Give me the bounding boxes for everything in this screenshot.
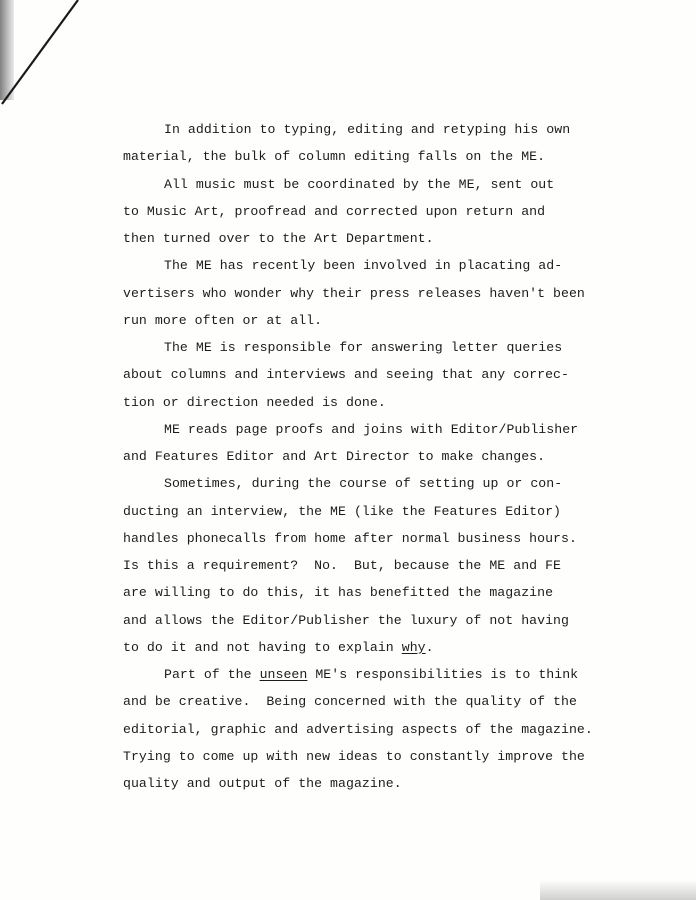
paragraph-line: Is this a requirement? No. But, because … [123, 558, 561, 573]
underlined-word: why [402, 640, 426, 655]
paragraph-first-line: ME reads page proofs and joins with Edit… [164, 422, 578, 437]
paragraph-first-line: Part of the unseen ME's responsibilities… [164, 667, 578, 682]
paragraph-line: tion or direction needed is done. [123, 395, 386, 410]
paragraph-line: vertisers who wonder why their press rel… [123, 286, 585, 301]
underlined-word: unseen [260, 667, 308, 682]
paragraph-line: are willing to do this, it has benefitte… [123, 585, 553, 600]
paragraph-first-line: All music must be coordinated by the ME,… [164, 177, 554, 192]
paragraph-line: and be creative. Being concerned with th… [123, 694, 577, 709]
paragraph-line: handles phonecalls from home after norma… [123, 531, 577, 546]
paragraph-line: and Features Editor and Art Director to … [123, 449, 545, 464]
paragraph-line: ducting an interview, the ME (like the F… [123, 504, 561, 519]
paragraph-line: quality and output of the magazine. [123, 776, 402, 791]
paragraph-line: to Music Art, proofread and corrected up… [123, 204, 545, 219]
paragraph-line: about columns and interviews and seeing … [123, 367, 569, 382]
paragraph-first-line: The ME has recently been involved in pla… [164, 258, 562, 273]
folded-corner-line [0, 0, 100, 110]
paragraph-first-line: The ME is responsible for answering lett… [164, 340, 562, 355]
paragraph-first-line: Sometimes, during the course of setting … [164, 476, 562, 491]
paragraph-line: Trying to come up with new ideas to cons… [123, 749, 585, 764]
paragraph-line: editorial, graphic and advertising aspec… [123, 722, 593, 737]
paragraph-line: run more often or at all. [123, 313, 322, 328]
paragraph-line: and allows the Editor/Publisher the luxu… [123, 613, 569, 628]
paragraph-line: to do it and not having to explain why. [123, 640, 434, 655]
scan-bottom-shadow [540, 880, 696, 900]
typed-page: In addition to typing, editing and retyp… [0, 0, 696, 900]
paragraph-line: then turned over to the Art Department. [123, 231, 434, 246]
paragraph-line: material, the bulk of column editing fal… [123, 149, 545, 164]
paragraph-first-line: In addition to typing, editing and retyp… [164, 122, 570, 137]
